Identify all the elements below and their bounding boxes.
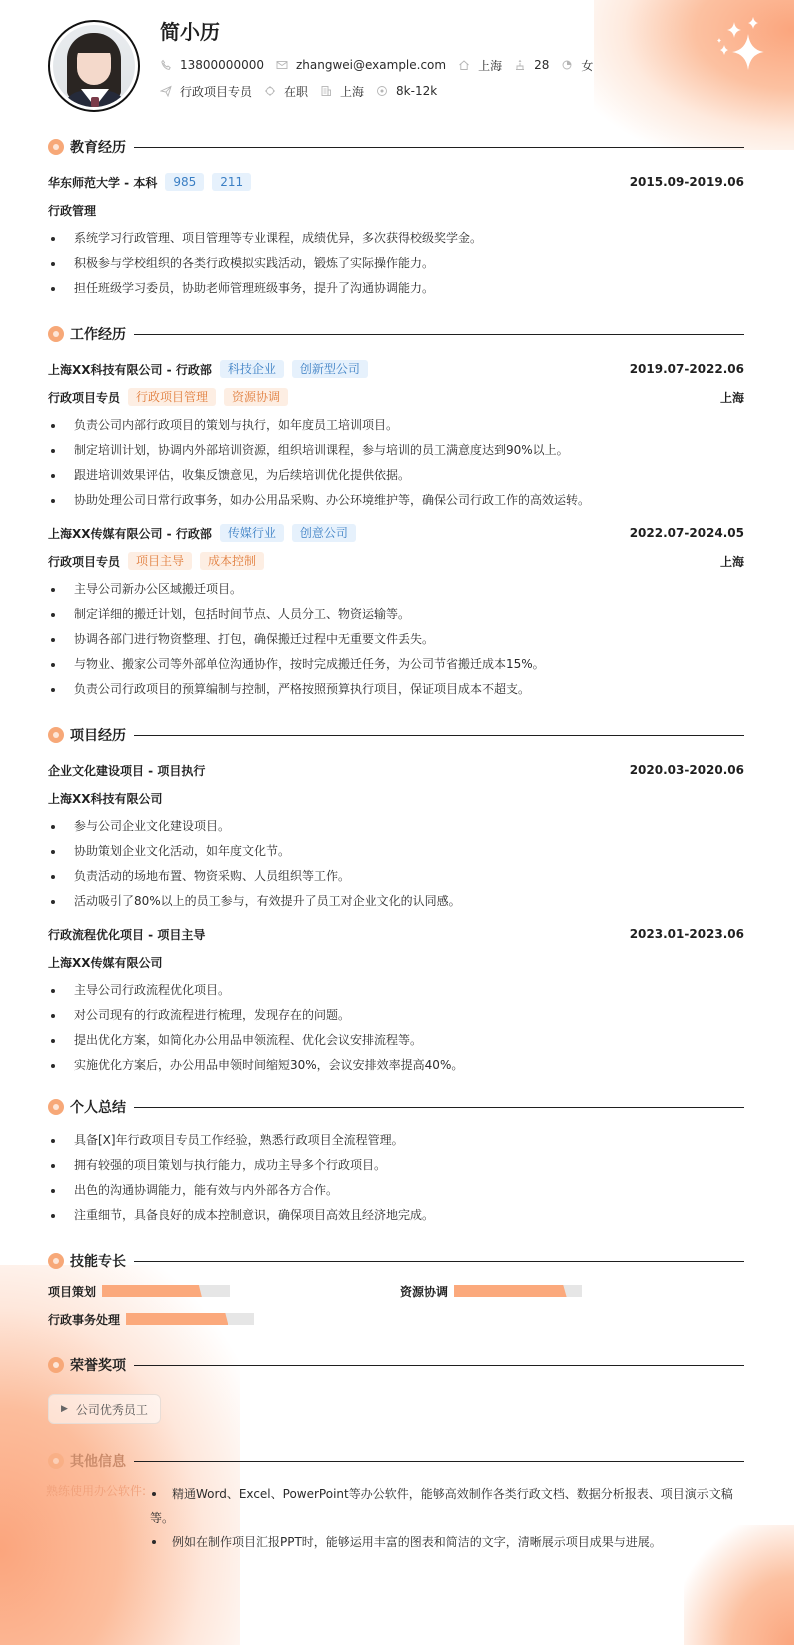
company-name: 上海XX传媒有限公司 - 行政部 [48, 525, 212, 542]
list-item: 积极参与学校组织的各类行政模拟实践活动，锻炼了实际操作能力。 [48, 251, 744, 276]
work-entry: 上海XX传媒有限公司 - 行政部 传媒行业 创意公司 2022.07-2024.… [48, 519, 744, 702]
company-row: 上海XX科技有限公司 - 行政部 科技企业 创新型公司 2019.07-2022… [48, 355, 744, 383]
contact-row: 13800000000 zhangwei@example.com 上海 28 女 [160, 52, 605, 78]
money-icon [376, 85, 388, 97]
job-intent-row: 行政项目专员 在职 上海 8k-12k [160, 78, 605, 104]
skill-label: 项目策划 [48, 1283, 96, 1300]
list-item: 协助策划企业文化活动，如年度文化节。 [48, 839, 744, 864]
list-item: 参与公司企业文化建设项目。 [48, 814, 744, 839]
divider [134, 1365, 744, 1366]
other-row: 熟练使用办公软件: 精通Word、Excel、PowerPoint等办公软件，能… [48, 1482, 744, 1554]
other-bullets: 精通Word、Excel、PowerPoint等办公软件，能够高效制作各类行政文… [150, 1482, 744, 1554]
skill-item: 项目策划 [48, 1282, 400, 1300]
gender: 女 [561, 57, 593, 74]
salary: 8k-12k [376, 84, 437, 98]
profile-header: 简小历 13800000000 zhangwei@example.com 上海 … [48, 0, 744, 126]
role-tag: 行政项目管理 [128, 388, 216, 406]
section-header: 教育经历 [48, 134, 744, 160]
list-item: 例如在制作项目汇报PPT时，能够运用丰富的图表和简洁的文字，清晰展示项目成果与进… [150, 1530, 744, 1554]
company-tag: 传媒行业 [220, 524, 284, 542]
divider [134, 735, 744, 736]
gender-icon [561, 59, 573, 71]
school-name: 华东师范大学 - 本科 [48, 174, 157, 191]
school-tag: 985 [165, 173, 204, 191]
info-icon [48, 1453, 64, 1469]
other-section: 其他信息 熟练使用办公软件: 精通Word、Excel、PowerPoint等办… [48, 1448, 744, 1554]
list-text: 精通Word、Excel、PowerPoint等办公软件，能够高效制作各类行政文… [172, 1487, 733, 1501]
flame-icon [48, 1253, 64, 1269]
section-title: 工作经历 [70, 324, 126, 344]
education-section: 教育经历 华东师范大学 - 本科 985 211 2015.09-2019.06… [48, 134, 744, 301]
role-row: 行政项目专员 项目主导 成本控制 上海 [48, 547, 744, 575]
project-title: 企业文化建设项目 - 项目执行 [48, 762, 205, 779]
project-bullets: 参与公司企业文化建设项目。 协助策划企业文化活动，如年度文化节。 负责活动的场地… [48, 814, 744, 914]
company-row: 上海XX传媒有限公司 - 行政部 传媒行业 创意公司 2022.07-2024.… [48, 519, 744, 547]
list-item: 精通Word、Excel、PowerPoint等办公软件，能够高效制作各类行政文… [150, 1482, 744, 1530]
role: 行政项目专员 [48, 553, 120, 570]
role-row: 行政项目专员 行政项目管理 资源协调 上海 [48, 383, 744, 411]
project-date: 2023.01-2023.06 [630, 927, 744, 941]
list-item: 系统学习行政管理、项目管理等专业课程，成绩优异，多次获得校级奖学金。 [48, 226, 744, 251]
divider [134, 1261, 744, 1262]
mail-icon [276, 59, 288, 71]
list-item: 担任班级学习委员，协助老师管理班级事务，提升了沟通协调能力。 [48, 276, 744, 301]
summary-bullets: 具备[X]年行政项目专员工作经验，熟悉行政项目全流程管理。 拥有较强的项目策划与… [48, 1128, 744, 1228]
project-entry: 企业文化建设项目 - 项目执行 2020.03-2020.06 上海XX科技有限… [48, 756, 744, 914]
project-bullets: 主导公司行政流程优化项目。 对公司现有的行政流程进行梳理，发现存在的问题。 提出… [48, 978, 744, 1078]
list-item: 制定详细的搬迁计划，包括时间节点、人员分工、物资运输等。 [48, 602, 744, 627]
list-item: 出色的沟通协调能力，能有效与内外部各方合作。 [48, 1178, 744, 1203]
education-icon [48, 139, 64, 155]
education-date: 2015.09-2019.06 [630, 175, 744, 189]
list-item: 主导公司行政流程优化项目。 [48, 978, 744, 1003]
divider [134, 334, 744, 335]
triangle-right-icon: ▶ [61, 1404, 68, 1414]
section-header: 其他信息 [48, 1448, 744, 1474]
company-tag: 创新型公司 [292, 360, 368, 378]
list-item: 协助处理公司日常行政事务，如办公用品采购、办公环境维护等，确保公司行政工作的高效… [48, 488, 744, 513]
project-company-row: 上海XX传媒有限公司 [48, 948, 744, 976]
list-item: 负责公司内部行政项目的策划与执行，如年度员工培训项目。 [48, 413, 744, 438]
list-item: 跟进培训效果评估，收集反馈意见，为后续培训优化提供依据。 [48, 463, 744, 488]
major-row: 行政管理 [48, 196, 744, 224]
section-header: 个人总结 [48, 1094, 744, 1120]
work-bullets: 主导公司新办公区域搬迁项目。 制定详细的搬迁计划，包括时间节点、人员分工、物资运… [48, 577, 744, 702]
section-header: 项目经历 [48, 722, 744, 748]
list-item: 提出优化方案，如简化办公用品申领流程、优化会议安排流程等。 [48, 1028, 744, 1053]
role-tag: 项目主导 [128, 552, 192, 570]
profile-info: 简小历 13800000000 zhangwei@example.com 上海 … [160, 20, 605, 104]
avatar [48, 20, 140, 112]
skill-label: 行政事务处理 [48, 1311, 120, 1328]
project-row: 行政流程优化项目 - 项目主导 2023.01-2023.06 [48, 920, 744, 948]
list-item: 制定培训计划，协调内外部培训资源，组织培训课程，参与培训的员工满意度达到90%以… [48, 438, 744, 463]
list-text: 例如在制作项目汇报PPT时，能够运用丰富的图表和简洁的文字，清晰展示项目成果与进… [172, 1535, 662, 1549]
work-date: 2019.07-2022.06 [630, 362, 744, 376]
section-header: 荣誉奖项 [48, 1352, 744, 1378]
list-item: 负责公司行政项目的预算编制与控制，严格按照预算执行项目，保证项目成本不超支。 [48, 677, 744, 702]
list-item: 活动吸引了80%以上的员工参与，有效提升了员工对企业文化的认同感。 [48, 889, 744, 914]
project-company: 上海XX科技有限公司 [48, 790, 163, 807]
cake-icon [514, 59, 526, 71]
skill-label: 资源协调 [400, 1283, 448, 1300]
skill-item: 行政事务处理 [48, 1310, 400, 1328]
work-bullets: 负责公司内部行政项目的策划与执行，如年度员工培训项目。 制定培训计划，协调内外部… [48, 413, 744, 513]
company-tag: 科技企业 [220, 360, 284, 378]
other-label: 熟练使用办公软件: [46, 1482, 150, 1554]
project-company: 上海XX传媒有限公司 [48, 954, 163, 971]
section-title: 教育经历 [70, 137, 126, 157]
project-company-row: 上海XX科技有限公司 [48, 784, 744, 812]
work-city: 上海 [720, 553, 744, 570]
divider [134, 1107, 744, 1108]
major: 行政管理 [48, 202, 96, 219]
summary-section: 个人总结 具备[X]年行政项目专员工作经验，熟悉行政项目全流程管理。 拥有较强的… [48, 1094, 744, 1228]
location: 上海 [458, 57, 502, 74]
divider [134, 147, 744, 148]
projects-section: 项目经历 企业文化建设项目 - 项目执行 2020.03-2020.06 上海X… [48, 722, 744, 1078]
section-title: 荣誉奖项 [70, 1355, 126, 1375]
education-bullets: 系统学习行政管理、项目管理等专业课程，成绩优异，多次获得校级奖学金。 积极参与学… [48, 226, 744, 301]
award-item: ▶ 公司优秀员工 [48, 1394, 161, 1424]
age: 28 [514, 58, 549, 72]
project-row: 企业文化建设项目 - 项目执行 2020.03-2020.06 [48, 756, 744, 784]
section-title: 个人总结 [70, 1097, 126, 1117]
skills-section: 技能专长 项目策划 资源协调 行政事务处理 [48, 1248, 744, 1328]
grid-icon [48, 727, 64, 743]
user-icon [48, 1099, 64, 1115]
section-header: 工作经历 [48, 321, 744, 347]
awards-section: 荣誉奖项 ▶ 公司优秀员工 [48, 1352, 744, 1424]
project-entry: 行政流程优化项目 - 项目主导 2023.01-2023.06 上海XX传媒有限… [48, 920, 744, 1078]
list-item: 实施优化方案后，办公用品申领时间缩短30%，会议安排效率提高40%。 [48, 1053, 744, 1078]
skill-bar [102, 1285, 230, 1297]
skill-fill [126, 1313, 228, 1325]
section-header: 技能专长 [48, 1248, 744, 1274]
skill-item: 资源协调 [400, 1282, 744, 1300]
role: 行政项目专员 [48, 389, 120, 406]
skill-bar [454, 1285, 582, 1297]
list-item: 注重细节，具备良好的成本控制意识，确保项目高效且经济地完成。 [48, 1203, 744, 1228]
phone: 13800000000 [160, 58, 264, 72]
skill-fill [102, 1285, 202, 1297]
education-row: 华东师范大学 - 本科 985 211 2015.09-2019.06 [48, 168, 744, 196]
project-title: 行政流程优化项目 - 项目主导 [48, 926, 205, 943]
position: 行政项目专员 [160, 83, 252, 100]
skill-bar [126, 1313, 254, 1325]
status-icon [264, 85, 276, 97]
work-city: 上海 [720, 389, 744, 406]
work-entry: 上海XX科技有限公司 - 行政部 科技企业 创新型公司 2019.07-2022… [48, 355, 744, 513]
home-icon [458, 59, 470, 71]
list-text-wrap: 等。 [150, 1511, 174, 1525]
candidate-name: 简小历 [160, 20, 605, 52]
award-label: 公司优秀员工 [76, 1401, 148, 1418]
work-section: 工作经历 上海XX科技有限公司 - 行政部 科技企业 创新型公司 2019.07… [48, 321, 744, 702]
company-tag: 创意公司 [292, 524, 356, 542]
work-date: 2022.07-2024.05 [630, 526, 744, 540]
skills-grid: 项目策划 资源协调 行政事务处理 [48, 1282, 744, 1328]
list-item: 主导公司新办公区域搬迁项目。 [48, 577, 744, 602]
company-name: 上海XX科技有限公司 - 行政部 [48, 361, 212, 378]
phone-icon [160, 59, 172, 71]
school-tag: 211 [212, 173, 251, 191]
building-icon [320, 85, 332, 97]
list-item: 拥有较强的项目策划与执行能力，成功主导多个行政项目。 [48, 1153, 744, 1178]
resume-page: 简小历 13800000000 zhangwei@example.com 上海 … [0, 0, 794, 1554]
divider [134, 1461, 744, 1462]
list-item: 与物业、搬家公司等外部单位沟通协作，按时完成搬迁任务，为公司节省搬迁成本15%。 [48, 652, 744, 677]
award-icon [48, 1357, 64, 1373]
list-item: 具备[X]年行政项目专员工作经验，熟悉行政项目全流程管理。 [48, 1128, 744, 1153]
target-city: 上海 [320, 83, 364, 100]
role-tag: 资源协调 [224, 388, 288, 406]
employment-status: 在职 [264, 83, 308, 100]
briefcase-icon [48, 326, 64, 342]
project-date: 2020.03-2020.06 [630, 763, 744, 777]
email: zhangwei@example.com [276, 58, 446, 72]
list-item: 协调各部门进行物资整理、打包，确保搬迁过程中无重要文件丢失。 [48, 627, 744, 652]
section-title: 项目经历 [70, 725, 126, 745]
section-title: 其他信息 [70, 1451, 126, 1471]
section-title: 技能专长 [70, 1251, 126, 1271]
list-item: 负责活动的场地布置、物资采购、人员组织等工作。 [48, 864, 744, 889]
send-icon [160, 85, 172, 97]
skill-fill [454, 1285, 567, 1297]
role-tag: 成本控制 [200, 552, 264, 570]
list-item: 对公司现有的行政流程进行梳理，发现存在的问题。 [48, 1003, 744, 1028]
